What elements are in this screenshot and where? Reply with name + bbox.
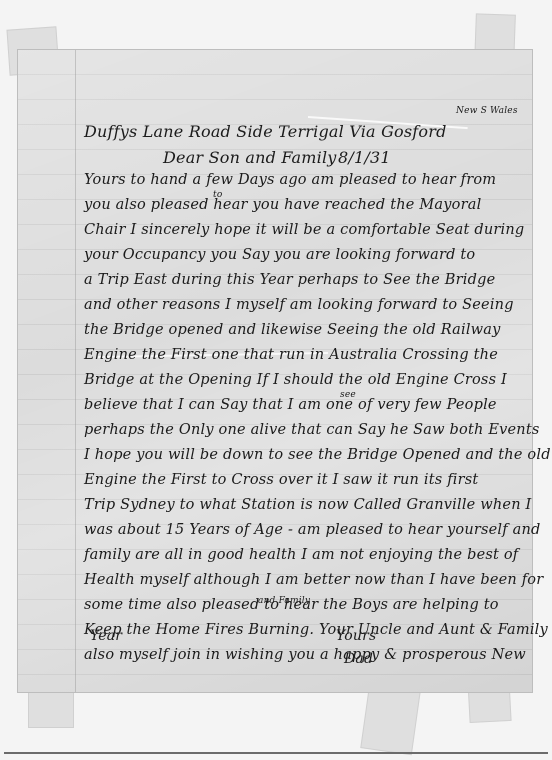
body-line: some time also pleased to hear the Boys …: [84, 597, 499, 613]
body-line: believe that I can Say that I am one of …: [84, 397, 497, 413]
closing-yours: Yours: [336, 628, 376, 644]
letter-paper: New S Wales Duffys Lane Road Side Terrig…: [18, 50, 532, 692]
closing-year-word: Year: [90, 628, 122, 644]
body-line: was about 15 Years of Age - am pleased t…: [84, 522, 541, 538]
body-line: Engine the First to Cross over it I saw …: [84, 472, 478, 488]
body-line: Health myself although I am better now t…: [84, 572, 543, 588]
body-line: Bridge at the Opening If I should the ol…: [84, 372, 507, 388]
body-line: also myself join in wishing you a happy …: [84, 647, 526, 663]
body-line: perhaps the Only one alive that can Say …: [84, 422, 540, 438]
body-line: Engine the First one that run in Austral…: [84, 347, 498, 363]
body-line: a Trip East during this Year perhaps to …: [84, 272, 495, 288]
body-line: you also pleased hear you have reached t…: [84, 197, 481, 213]
letter-address: Duffys Lane Road Side Terrigal Via Gosfo…: [84, 122, 447, 141]
body-line: the Bridge opened and likewise Seeing th…: [84, 322, 501, 338]
body-line: and other reasons I myself am looking fo…: [84, 297, 514, 313]
body-line: family are all in good health I am not e…: [84, 547, 518, 563]
body-line: Yours to hand a few Days ago am pleased …: [84, 172, 496, 188]
scan-edge-line: [4, 752, 548, 754]
body-line: Chair I sincerely hope it will be a comf…: [84, 222, 524, 238]
signature-dad: Dad: [344, 651, 373, 667]
body-line: I hope you will be down to see the Bridg…: [84, 447, 551, 463]
body-line: Keep the Home Fires Burning. Your Uncle …: [84, 622, 548, 638]
body-line: your Occupancy you Say you are looking f…: [84, 247, 475, 263]
letter-salutation: Dear Son and Family: [163, 148, 337, 167]
region-note: New S Wales: [456, 106, 518, 116]
letter-date: 8/1/31: [338, 148, 391, 167]
body-line: Trip Sydney to what Station is now Calle…: [84, 497, 531, 513]
